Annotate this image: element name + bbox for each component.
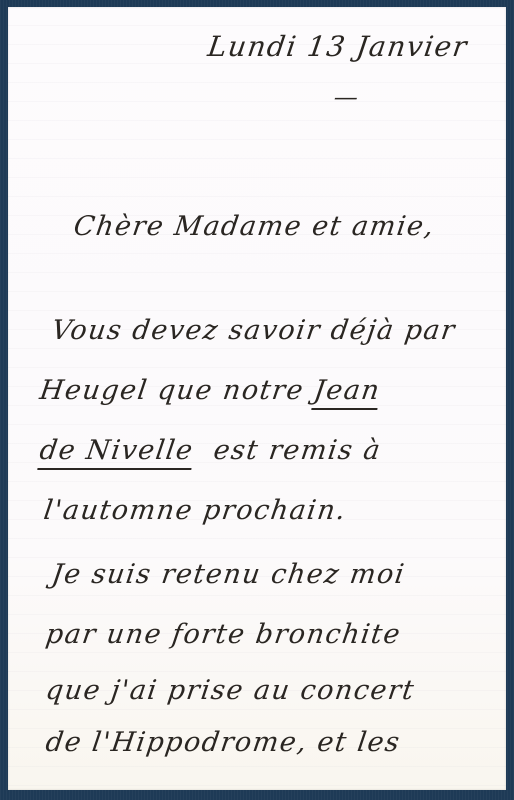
body-text: l'automne prochain.: [42, 495, 349, 526]
body-text: Heugel que notre: [38, 375, 316, 406]
body-line-7: que j'ai prise au concert: [44, 677, 417, 704]
body-line-2: Heugel que notre Jean: [38, 377, 382, 404]
body-line-6: par une forte bronchite: [44, 621, 403, 648]
letter-date: Lundi 13 Janvier: [206, 33, 470, 61]
underlined-title-jean: Jean: [311, 375, 382, 410]
salutation: Chère Madame et amie,: [72, 213, 436, 240]
body-text: Vous devez savoir déjà par: [50, 315, 458, 346]
letter-page: Lundi 13 Janvier — Chère Madame et amie,…: [8, 7, 506, 790]
body-line-4: l'automne prochain.: [42, 497, 348, 524]
body-text: est remis à: [191, 435, 383, 466]
body-text: de l'Hippodrome, et les: [44, 727, 403, 758]
body-text: que j'ai prise au concert: [44, 675, 417, 706]
body-text: Je suis retenu chez moi: [50, 559, 407, 590]
body-line-8: de l'Hippodrome, et les: [44, 729, 402, 756]
body-line-5: Je suis retenu chez moi: [50, 561, 407, 588]
body-text: par une forte bronchite: [44, 619, 403, 650]
body-line-3: de Nivelle est remis à: [38, 437, 383, 464]
underlined-title-de-nivelle: de Nivelle: [37, 435, 196, 470]
body-line-1: Vous devez savoir déjà par: [50, 317, 457, 344]
date-separator: —: [332, 85, 361, 109]
